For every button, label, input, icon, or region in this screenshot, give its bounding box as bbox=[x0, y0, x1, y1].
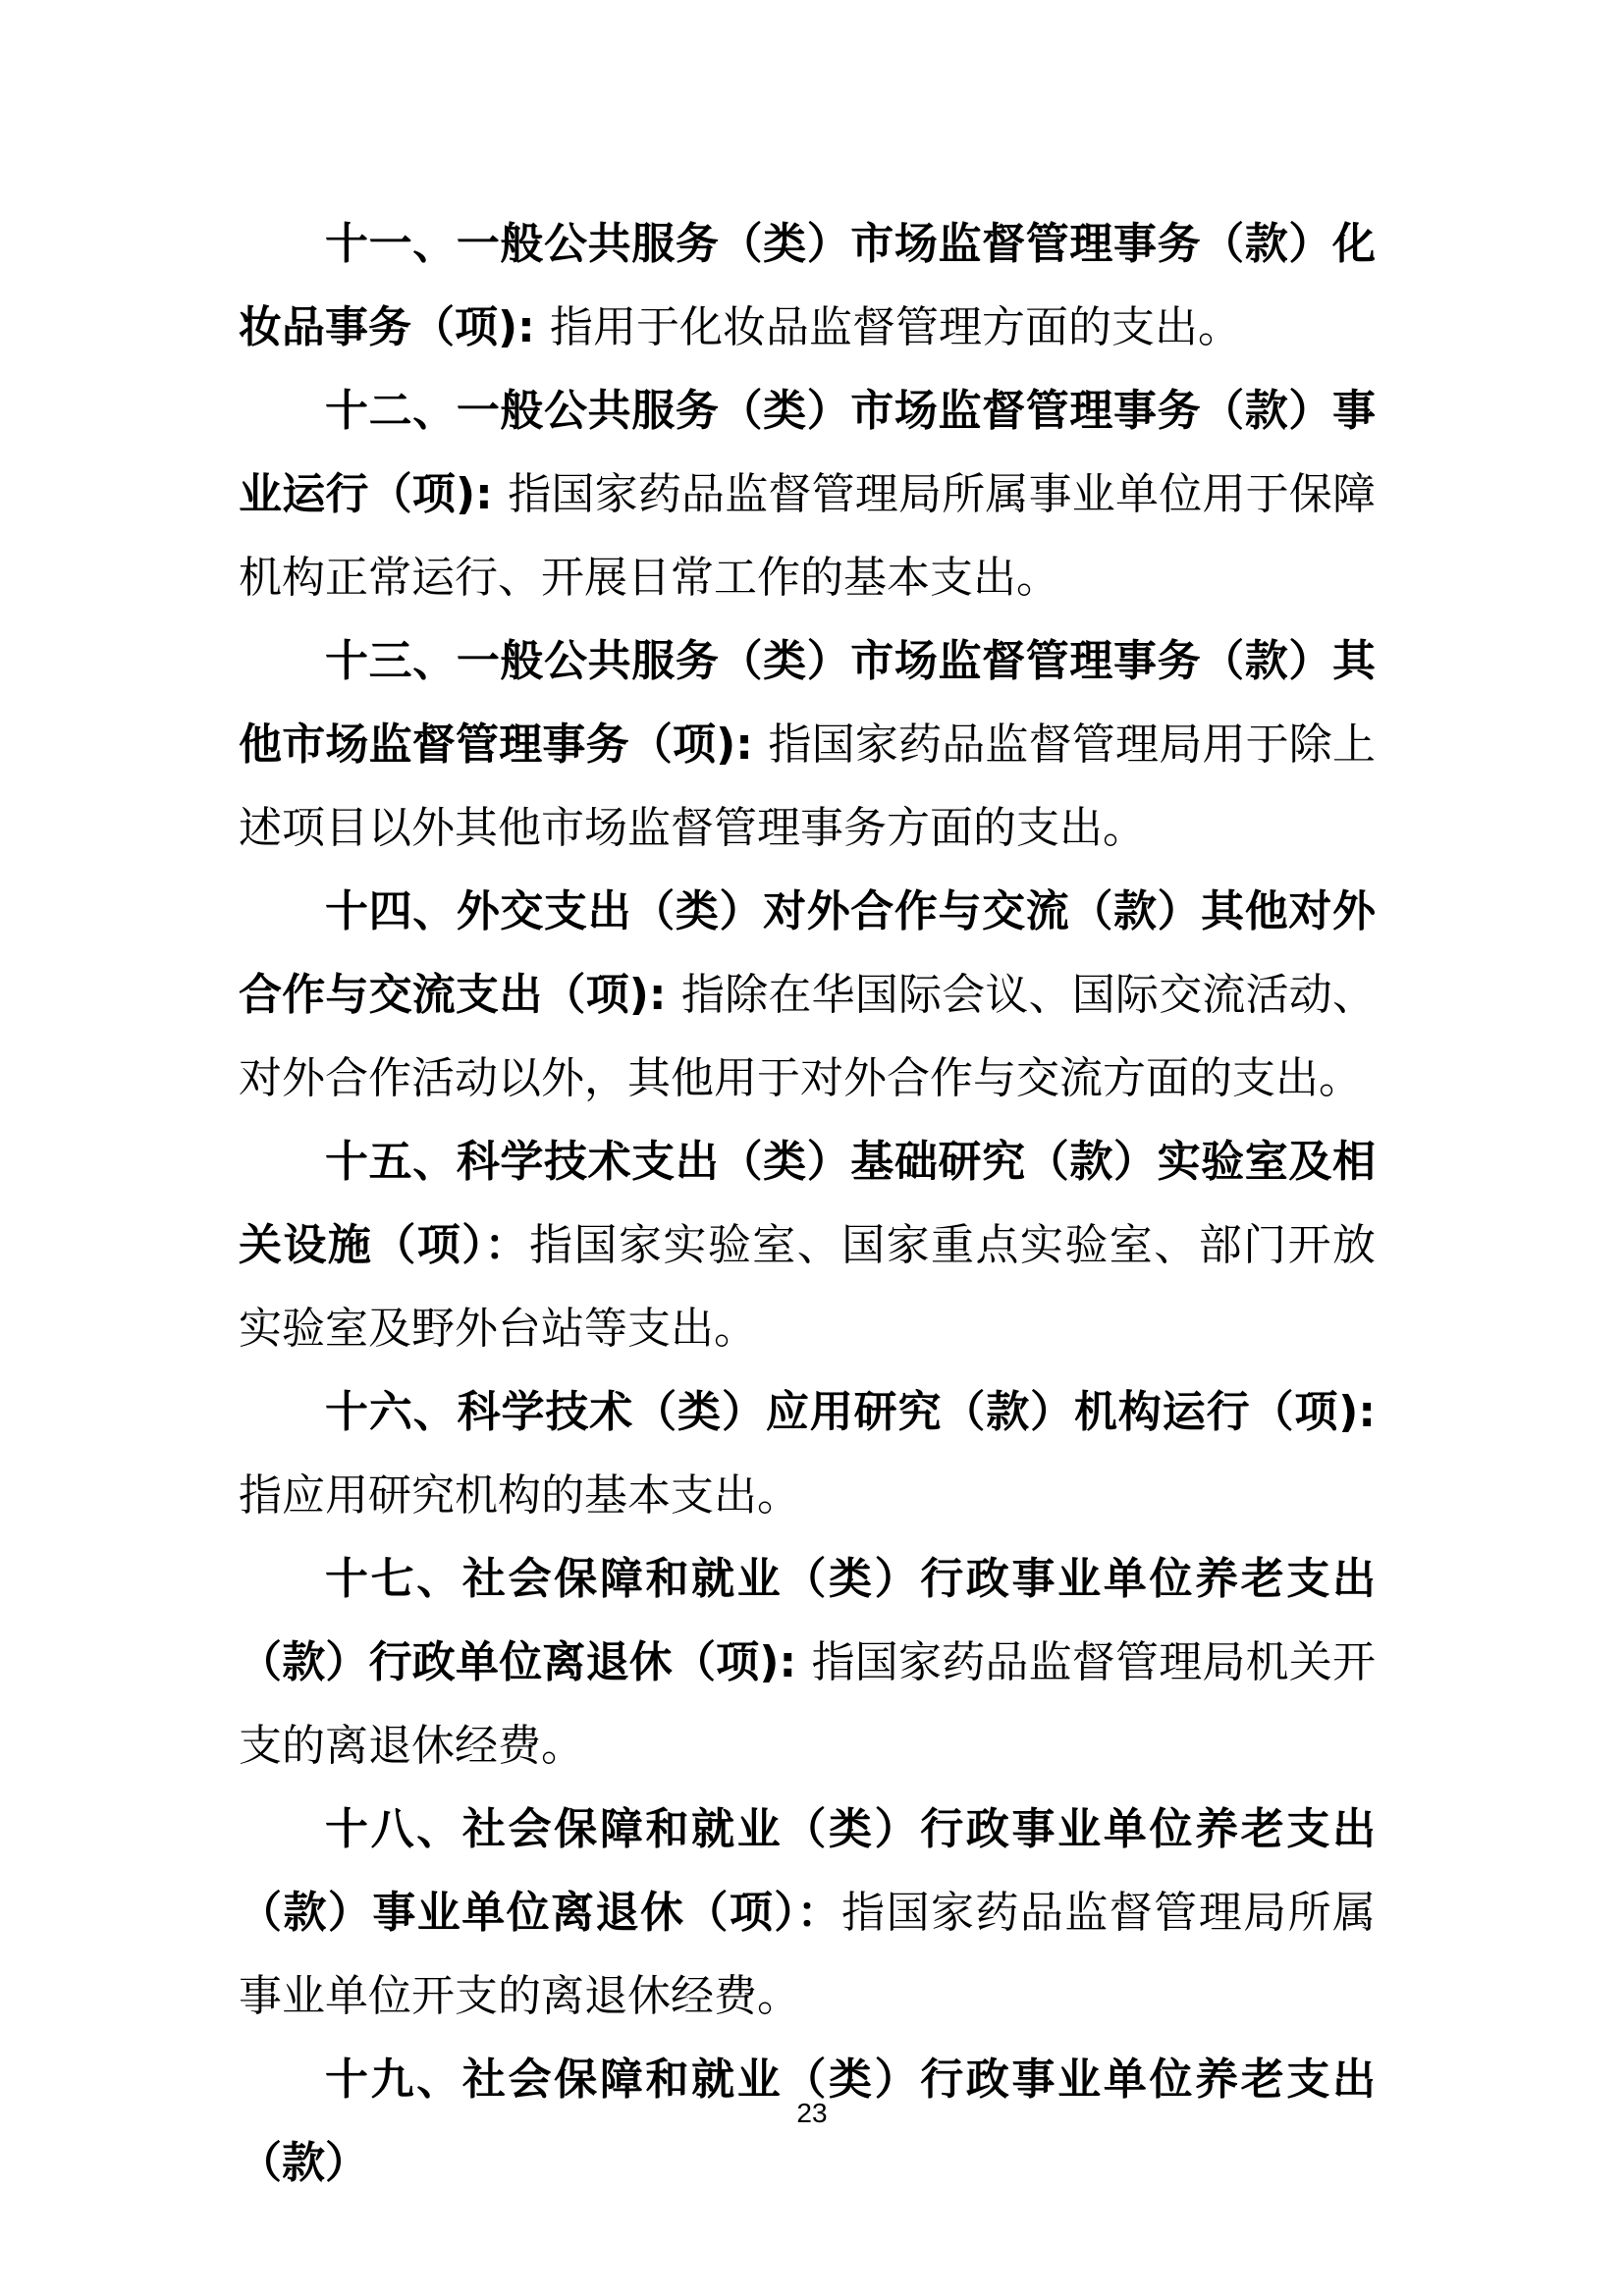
budget-item-paragraph: 十五、科学技术支出（类）基础研究（款）实验室及相关设施（项）：指国家实验室、国家… bbox=[239, 1120, 1376, 1370]
document-page: 十一、一般公共服务（类）市场监督管理事务（款）化妆品事务（项): 指用于化妆品监… bbox=[0, 0, 1624, 2296]
budget-item-definition: 指应用研究机构的基本支出。 bbox=[239, 1470, 800, 1521]
document-body: 十一、一般公共服务（类）市场监督管理事务（款）化妆品事务（项): 指用于化妆品监… bbox=[239, 202, 1376, 2205]
budget-item-paragraph: 十八、社会保障和就业（类）行政事业单位养老支出（款）事业单位离退休（项）：指国家… bbox=[239, 1788, 1376, 2038]
budget-item-paragraph: 十四、外交支出（类）对外合作与交流（款）其他对外合作与交流支出（项): 指除在华… bbox=[239, 870, 1376, 1120]
budget-item-paragraph: 十六、科学技术（类）应用研究（款）机构运行（项): 指应用研究机构的基本支出。 bbox=[239, 1370, 1376, 1537]
budget-item-term: 十六、科学技术（类）应用研究（款）机构运行（项): bbox=[325, 1387, 1376, 1437]
budget-item-paragraph: 十二、一般公共服务（类）市场监督管理事务（款）事业运行（项): 指国家药品监督管… bbox=[239, 369, 1376, 619]
page-number: 23 bbox=[0, 2099, 1624, 2128]
budget-item-paragraph: 十七、社会保障和就业（类）行政事业单位养老支出（款）行政单位离退休（项): 指国… bbox=[239, 1537, 1376, 1788]
budget-item-definition: 指用于化妆品监督管理方面的支出。 bbox=[550, 302, 1241, 352]
budget-item-paragraph: 十三、一般公共服务（类）市场监督管理事务（款）其他市场监督管理事务（项): 指国… bbox=[239, 619, 1376, 870]
budget-item-paragraph: 十一、一般公共服务（类）市场监督管理事务（款）化妆品事务（项): 指用于化妆品监… bbox=[239, 202, 1376, 369]
